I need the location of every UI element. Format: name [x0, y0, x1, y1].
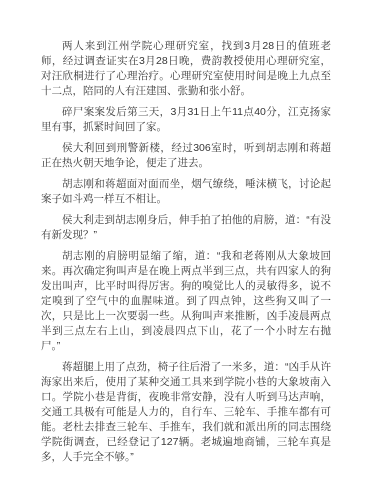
paragraph: 侯大利回到刑警新楼，经过306室时，听到胡志刚和蒋超正在热火朝天地争论，便走了进… — [41, 141, 331, 171]
paragraph: 侯大利走到胡志刚身后，伸手拍了拍他的肩膀，道：“有没有新发现？” — [41, 213, 331, 243]
paragraph: 蒋超腿上用了点劲，椅子往后滑了一米多，道：“凶手从许海家出来后，使用了某种交通工… — [41, 360, 331, 465]
paragraph: 胡志刚的肩膀明显缩了缩，道：“我和老蒋刚从大象坡回来。再次确定狗叫声是在晚上两点… — [41, 249, 331, 354]
reader-background: { "page": { "background": "#ffffff", "te… — [0, 0, 370, 480]
paragraph: 胡志刚和蒋超面对面而坐，烟气缭绕，唾沫横飞，讨论起案子如斗鸡一样互不相让。 — [41, 177, 331, 207]
paragraph: 两人来到江州学院心理研究室，找到3月28日的值班老师，经过调查证实在3月28日晚… — [41, 39, 331, 99]
reader-text-page: 两人来到江州学院心理研究室，找到3月28日的值班老师，经过调查证实在3月28日晚… — [41, 39, 331, 465]
paragraph: 碎尸案案发后第三天，3月31日上午11点40分，江克扬家里有事，抓紧时间回了家。 — [41, 105, 331, 135]
